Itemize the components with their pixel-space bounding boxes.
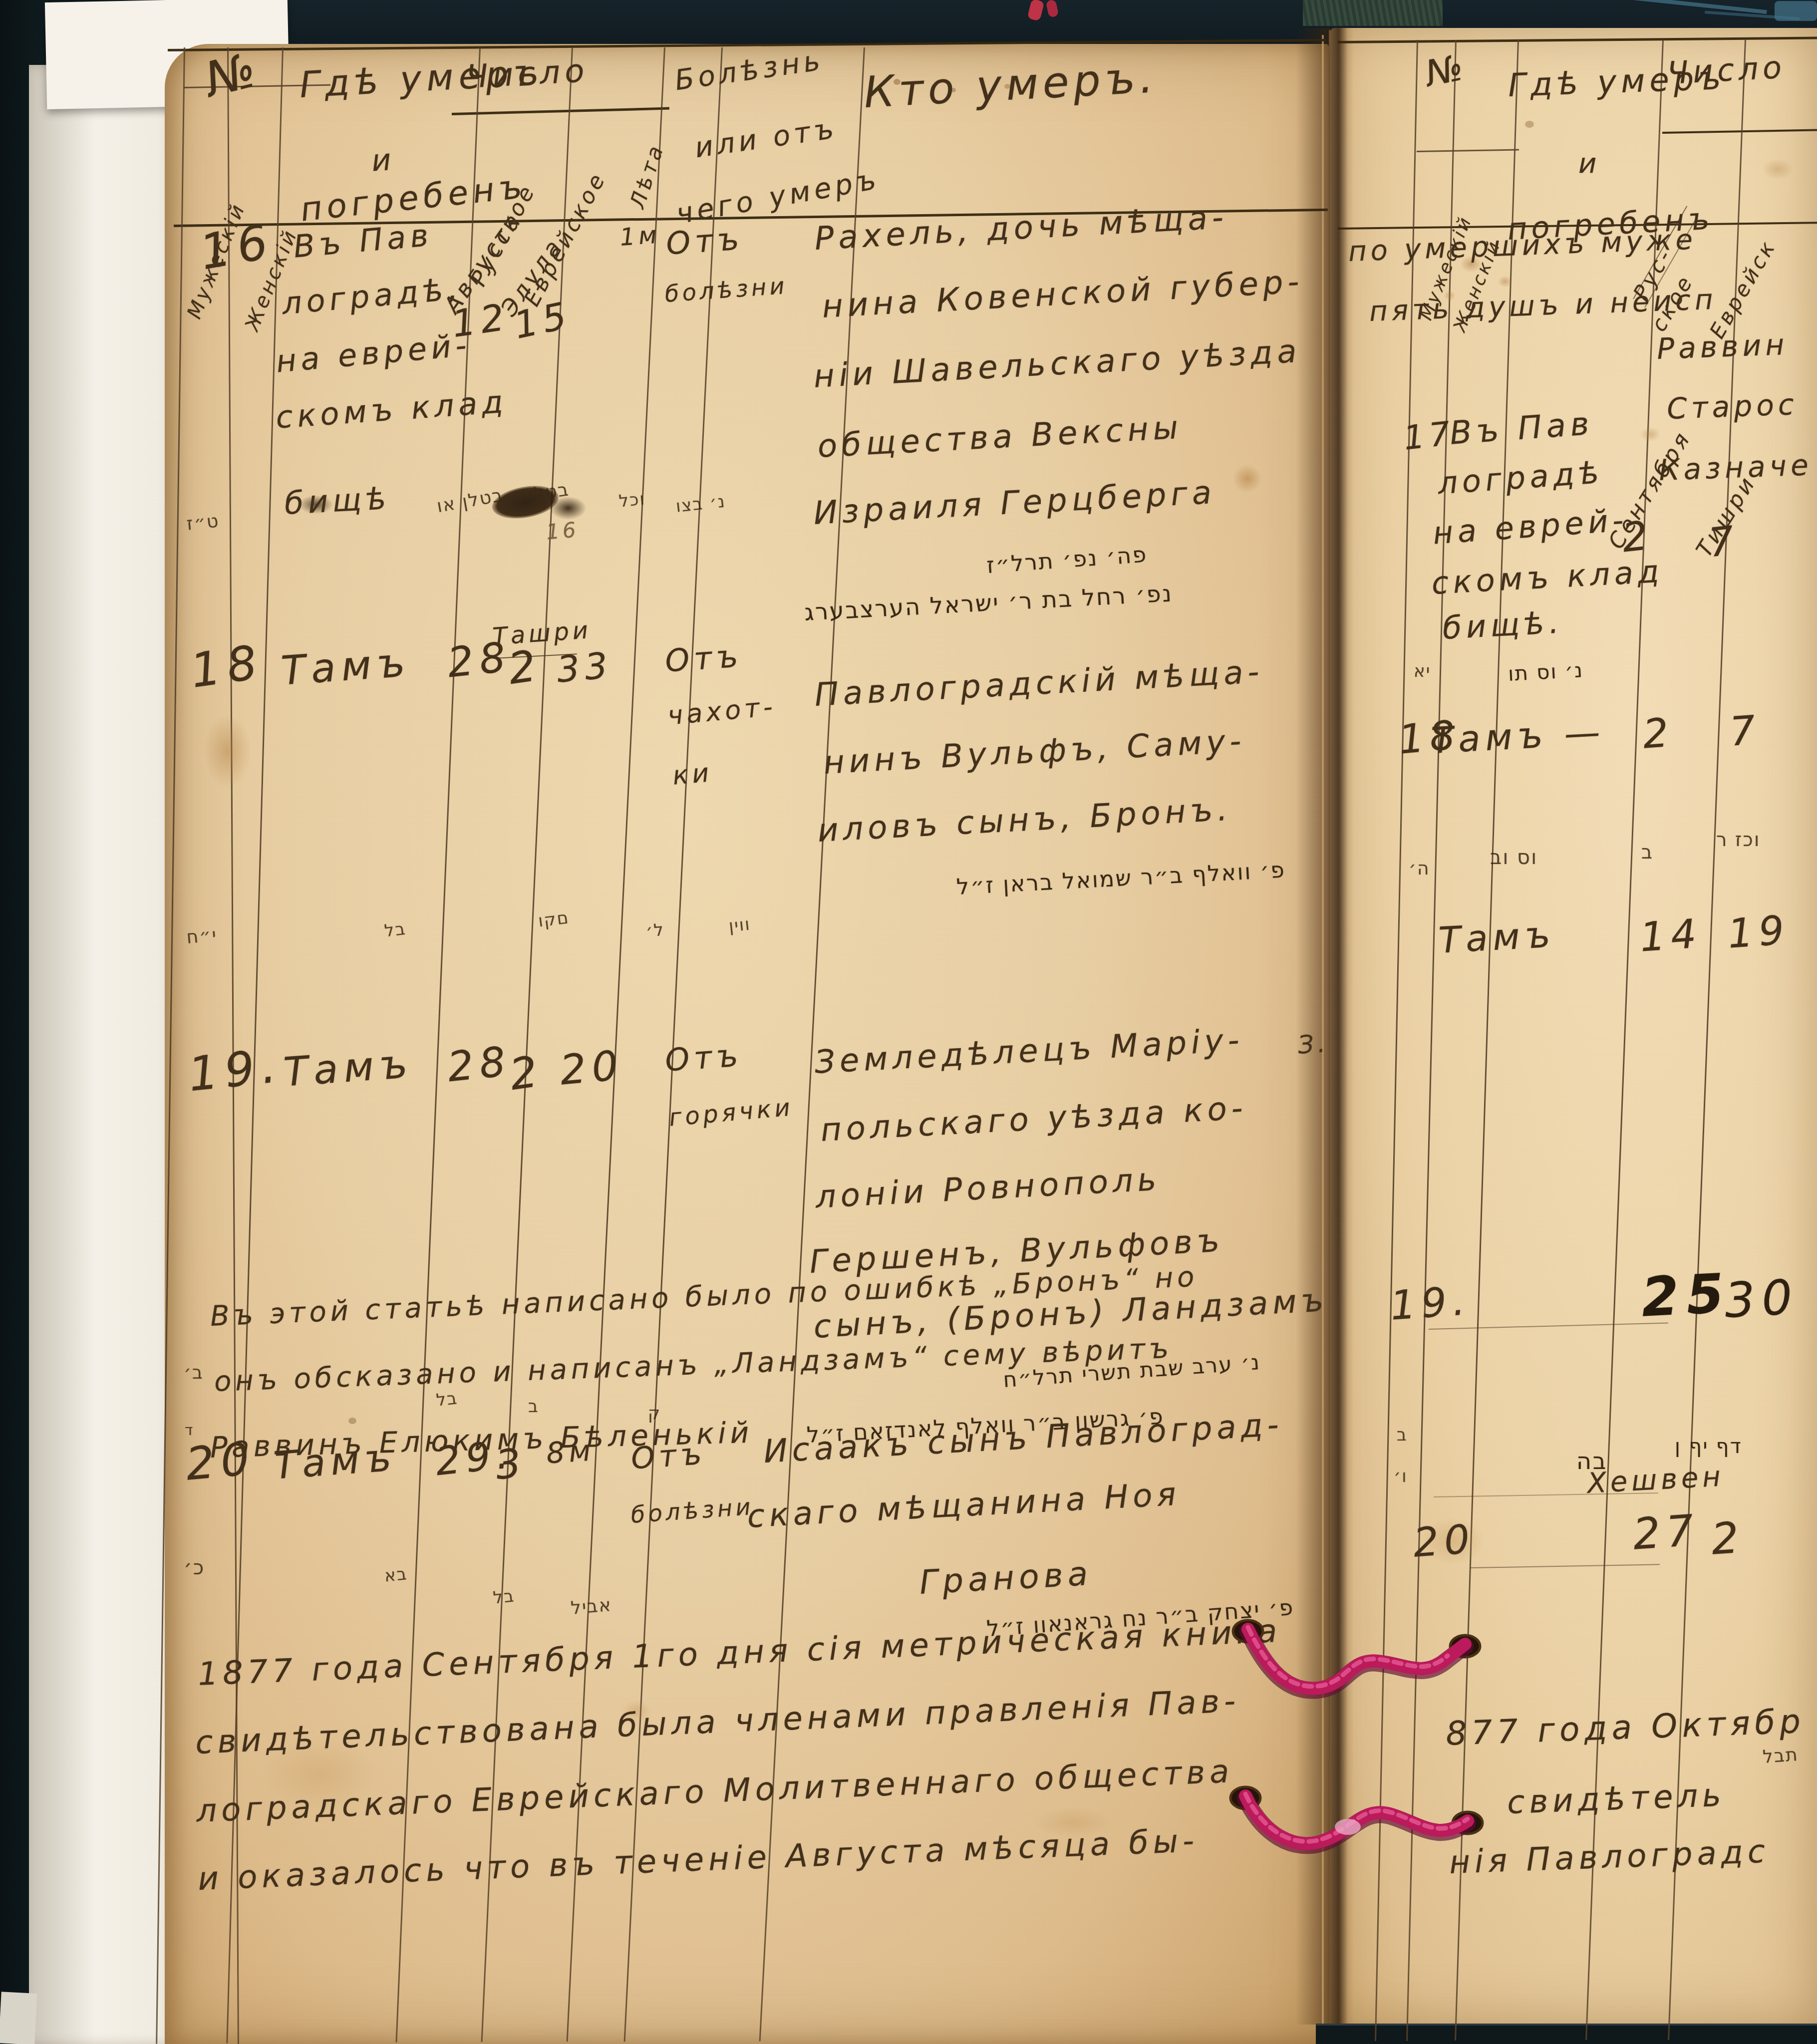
entry-18r-day-jewish: 7 (1728, 707, 1762, 755)
cover-bottom-edge (1316, 2024, 1817, 2044)
entry-19-day-jewish: 2 (507, 1046, 547, 1100)
entry-20-cause-line: Отъ (630, 1437, 707, 1476)
hebrew-scribble: בא (383, 1564, 408, 1586)
hebrew-scribble: ה׳ (1409, 859, 1430, 879)
entry-19-age: 20 (558, 1042, 625, 1095)
entry-19r-day-jewish: 30 (1723, 1269, 1801, 1329)
underlying-white-pages (29, 65, 177, 2044)
cover-fabric-green (1303, 0, 1443, 26)
signature-elder: Старос (1666, 387, 1799, 426)
hebrew-margin-mark: ד (185, 1422, 194, 1439)
entry-18-place: Тамъ (280, 639, 412, 694)
hebrew-margin-mark: ב (1397, 1425, 1408, 1445)
paper-stain (204, 714, 251, 789)
hebrew-margin-mark: ו׳ (1394, 1466, 1407, 1486)
column-header-where-2: и (370, 142, 396, 179)
entry-18-age: 33 (555, 644, 614, 690)
hebrew-inscription: נ׳ וס תו (1508, 659, 1584, 686)
entry-16-age: 1м (619, 221, 661, 251)
binding-thread (1248, 1629, 1465, 1689)
hebrew-scribble: םקו (537, 907, 570, 931)
hebrew-margin-mark: כ׳ (184, 1556, 205, 1579)
hebrew-scribble: וכל (618, 489, 646, 511)
paper-stain (1640, 427, 1661, 442)
entry-19-number: 19. (186, 1038, 285, 1102)
entry-20r-number: 20 (1412, 1515, 1477, 1566)
right-bottom-line: свидѣтель (1507, 1777, 1726, 1821)
column-header-where-2: и (1578, 147, 1600, 180)
signature-rabbi: Раввин (1656, 327, 1789, 366)
entry-18-cause-line: Отъ (664, 637, 743, 679)
white-wedge-bottom-left (0, 1992, 37, 2044)
entry-20r-day-jewish: 2 (1710, 1512, 1747, 1564)
column-header-date: Число (465, 52, 590, 96)
paper-stain (1762, 159, 1793, 180)
entry-17-day-russian: 2 (1620, 512, 1655, 562)
cover-blue-streak (1775, 1, 1817, 21)
entry-20r-day-russian: 27 (1631, 1505, 1701, 1560)
entry-20-age: 8м (545, 1433, 596, 1470)
entry-17-day-jewish: 7 (1706, 517, 1742, 567)
paper-speck (1525, 121, 1534, 128)
entry-18-day-jewish: 2 (505, 640, 545, 694)
hebrew-scribble: וס וב (1490, 846, 1538, 869)
binding-thread (1245, 1796, 1468, 1843)
entry-17-number: 17 (1402, 414, 1457, 457)
entry-16-day-note: 16 (545, 517, 580, 544)
entry-row-place: Тамъ (1438, 913, 1556, 961)
hebrew-scribble: בל (383, 919, 407, 941)
entry-19-cause-line: Отъ (664, 1037, 743, 1079)
hebrew-margin-mark: ט״ז (186, 511, 220, 535)
hebrew-margin-mark: יא (1414, 661, 1431, 681)
hebrew-scribble: בל (492, 1586, 516, 1608)
entry-row-day-jewish: 19 (1726, 906, 1791, 957)
column-header-number: № (1422, 45, 1472, 95)
entry-19r-day-russian: 25 (1640, 1262, 1733, 1329)
hebrew-edge-mark: תבל (1762, 1745, 1799, 1767)
entry-20-place: Тамъ (272, 1435, 398, 1488)
hebrew-margin-mark: י״ח (186, 925, 218, 948)
entry-17-place-line: бищѣ. (1442, 603, 1564, 646)
entry-row-day-russian: 14 (1638, 910, 1703, 960)
entry-16-place-line: бищѣ (284, 480, 392, 522)
entry-18-cause-line: ки (671, 758, 714, 791)
thread-fuzz (1335, 1819, 1361, 1835)
entry-18-day-russian: 28 (445, 633, 514, 687)
paper-speck (348, 1418, 356, 1424)
entry-20-day-jewish: 3 (493, 1440, 529, 1489)
entry-16-cause-line: Отъ (665, 220, 744, 262)
hebrew-scribble: בל (435, 1388, 459, 1410)
entry-18-number: 18 (187, 635, 267, 699)
paper-stain (1498, 276, 1513, 288)
entry-20-number: 20 (184, 1433, 258, 1491)
paper-stain (1233, 464, 1262, 493)
hebrew-scribble: ב (1641, 841, 1653, 863)
binding-threads (1198, 1572, 1517, 1892)
hebrew-inscription: דף יף ן (1675, 1435, 1742, 1458)
hebrew-scribble: ל׳ (645, 920, 665, 941)
hebrew-scribble: אביל (570, 1595, 612, 1619)
column-header-date: Число (1666, 49, 1787, 91)
entry-18r-day-russian: 2 (1641, 709, 1675, 758)
entry-19-who-mark: З. (1297, 1029, 1330, 1060)
hebrew-scribble: ב (528, 1397, 539, 1417)
entry-19-day-russian: 28 (445, 1038, 514, 1092)
scanned-register-spread: № Мужескій Женскій Гдѣ умеръ и погребенъ… (0, 0, 1817, 2044)
hebrew-scribble: וכז ר (1716, 829, 1761, 851)
hebrew-scribble: ווין (728, 914, 752, 936)
hebrew-margin-mark: ב׳ (184, 1363, 204, 1383)
entry-19r-number: 19. (1389, 1277, 1472, 1329)
entry-19-place: Тамъ (282, 1040, 414, 1096)
